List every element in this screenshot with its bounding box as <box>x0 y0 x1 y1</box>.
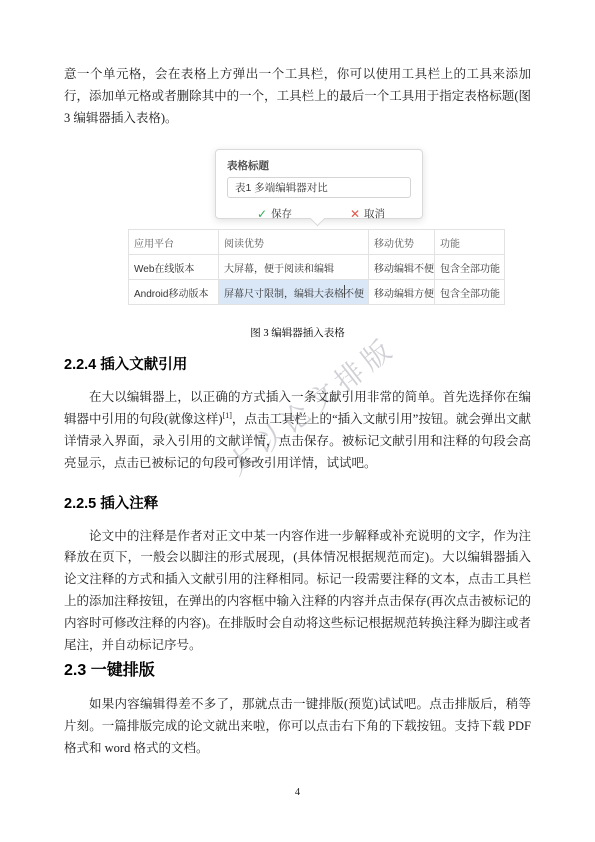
section-paragraph-225: 论文中的注释是作者对正文中某一内容作进一步解释或补充说明的文字，作为注释放在页下… <box>64 526 531 657</box>
citation-marker: [1] <box>223 411 232 420</box>
cell-platform: Web在线版本 <box>129 255 219 280</box>
table-row: Android移动版本 屏幕尺寸限制，编辑大表格不便 移动编辑方便 包含全部功能 <box>129 280 505 305</box>
cell-reading-text: 屏幕尺寸限制，编辑大表格不便 <box>224 289 364 300</box>
cell-mobile: 移动编辑不便 <box>369 255 435 280</box>
document-page-content: 意一个单元格，会在表格上方弹出一个工具栏，你可以使用工具栏上的工具来添加行，添加… <box>64 64 531 760</box>
table-title-input[interactable] <box>227 177 411 198</box>
table-header-row: 应用平台 阅读优势 移动优势 功能 <box>129 230 505 255</box>
figure-caption: 图 3 编辑器插入表格 <box>64 325 531 340</box>
cell-mobile: 移动编辑方便 <box>369 280 435 305</box>
col-header-mobile: 移动优势 <box>369 230 435 255</box>
cell-platform: Android移动版本 <box>129 280 219 305</box>
col-header-reading: 阅读优势 <box>219 230 369 255</box>
intro-paragraph: 意一个单元格，会在表格上方弹出一个工具栏，你可以使用工具栏上的工具来添加行，添加… <box>64 64 531 129</box>
section-paragraph-224: 在大以编辑器上，以正确的方式插入一条文献引用非常的简单。首先选择你在编辑器中引用… <box>64 387 531 474</box>
save-button-label: 保存 <box>271 206 292 221</box>
cell-reading-selected[interactable]: 屏幕尺寸限制，编辑大表格不便 <box>219 280 369 305</box>
col-header-features: 功能 <box>435 230 505 255</box>
save-button[interactable]: ✓ 保存 <box>257 206 292 221</box>
figure-editor-insert-table: 表格标题 ✓ 保存 ✕ 取消 应用平台 阅读优势 移动优势 <box>128 149 504 307</box>
section-paragraph-23: 如果内容编辑得差不多了，那就点击一键排版(预览)试试吧。点击排版后，稍等片刻。一… <box>64 694 531 759</box>
col-header-platform: 应用平台 <box>129 230 219 255</box>
cancel-button-label: 取消 <box>364 206 385 221</box>
check-icon: ✓ <box>257 207 267 221</box>
section-heading-225: 2.2.5 插入注释 <box>64 492 531 513</box>
section-heading-23: 2.3 一键排版 <box>64 657 531 680</box>
table-row: Web在线版本 大屏幕，便于阅读和编辑 移动编辑不便 包含全部功能 <box>129 255 505 280</box>
table-title-label: 表格标题 <box>227 158 411 173</box>
cell-features: 包含全部功能 <box>435 280 505 305</box>
cross-icon: ✕ <box>350 207 360 221</box>
cell-reading: 大屏幕，便于阅读和编辑 <box>219 255 369 280</box>
text-cursor <box>344 285 345 298</box>
section-heading-224: 2.2.4 插入文献引用 <box>64 353 531 374</box>
cancel-button[interactable]: ✕ 取消 <box>350 206 385 221</box>
comparison-table: 应用平台 阅读优势 移动优势 功能 Web在线版本 大屏幕，便于阅读和编辑 移动… <box>128 229 505 305</box>
table-title-popup: 表格标题 ✓ 保存 ✕ 取消 <box>215 149 423 219</box>
page-number: 4 <box>0 787 595 798</box>
cell-features: 包含全部功能 <box>435 255 505 280</box>
